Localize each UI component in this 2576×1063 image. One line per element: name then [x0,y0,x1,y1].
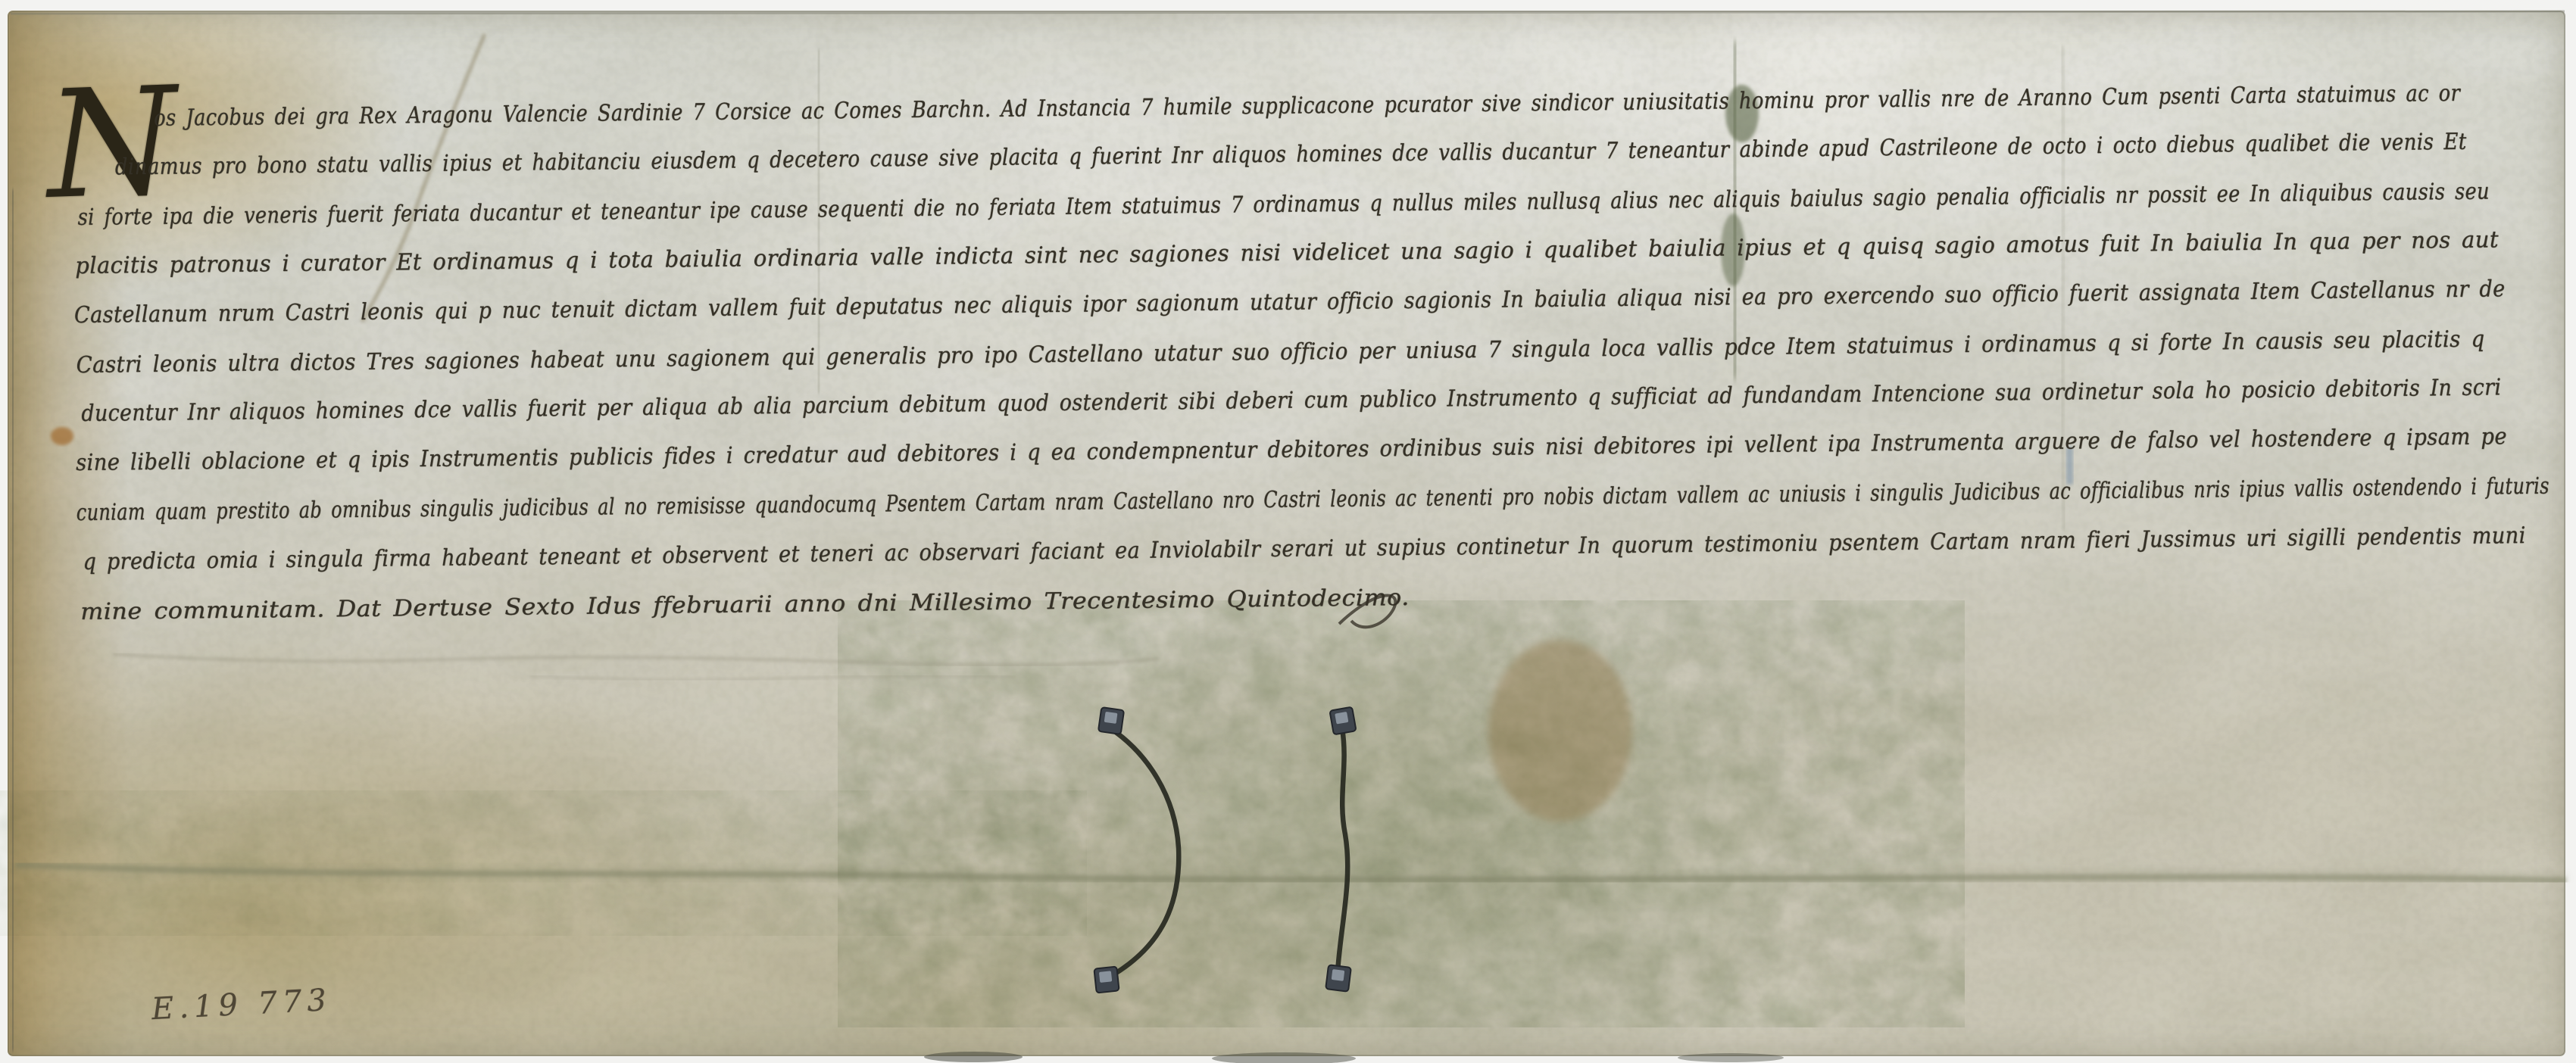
charter-photo: { "manuscript": { "initial": "N", "lines… [0,0,2576,1063]
